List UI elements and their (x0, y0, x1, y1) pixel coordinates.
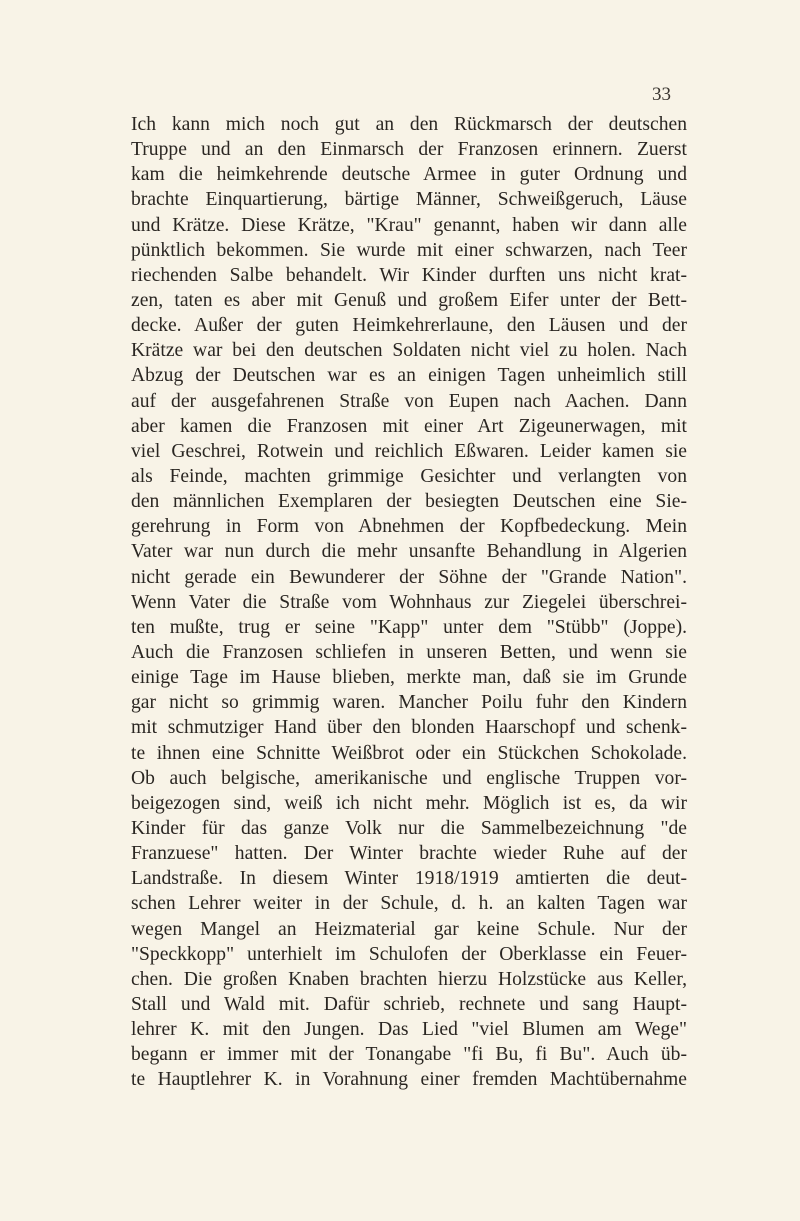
text-line: gerehrung in Form von Abnehmen der Kopfb… (131, 514, 687, 539)
text-line: Ob auch belgische, amerikanische und eng… (131, 766, 687, 791)
text-line: Franzuese" hatten. Der Winter brachte wi… (131, 841, 687, 866)
text-line: chen. Die großen Knaben brachten hierzu … (131, 967, 687, 992)
text-line: lehrer K. mit den Jungen. Das Lied "viel… (131, 1017, 687, 1042)
text-line: Krätze war bei den deutschen Soldaten ni… (131, 338, 687, 363)
text-line: aber kamen die Franzosen mit einer Art Z… (131, 414, 687, 439)
text-line: Wenn Vater die Straße vom Wohnhaus zur Z… (131, 590, 687, 615)
text-line: viel Geschrei, Rotwein und reichlich Eßw… (131, 439, 687, 464)
text-line: einige Tage im Hause blieben, merkte man… (131, 665, 687, 690)
text-line: Kinder für das ganze Volk nur die Sammel… (131, 816, 687, 841)
text-line: kam die heimkehrende deutsche Armee in g… (131, 162, 687, 187)
text-line: Stall und Wald mit. Dafür schrieb, rechn… (131, 992, 687, 1017)
text-line: mit schmutziger Hand über den blonden Ha… (131, 715, 687, 740)
text-line: wegen Mangel an Heizmaterial gar keine S… (131, 917, 687, 942)
text-line: begann er immer mit der Tonangabe "fi Bu… (131, 1042, 687, 1067)
body-text: Ich kann mich noch gut an den Rückmarsch… (131, 112, 687, 1092)
text-line: Auch die Franzosen schliefen in unseren … (131, 640, 687, 665)
text-line: ten mußte, trug er seine "Kapp" unter de… (131, 615, 687, 640)
text-line: zen, taten es aber mit Genuß und großem … (131, 288, 687, 313)
text-line: Ich kann mich noch gut an den Rückmarsch… (131, 112, 687, 137)
text-line: Landstraße. In diesem Winter 1918/1919 a… (131, 866, 687, 891)
text-line: "Speckkopp" unterhielt im Schulofen der … (131, 942, 687, 967)
text-line: den männlichen Exemplaren der besiegten … (131, 489, 687, 514)
text-line: auf der ausgefahrenen Straße von Eupen n… (131, 389, 687, 414)
text-line: Vater war nun durch die mehr unsanfte Be… (131, 539, 687, 564)
text-line: te Hauptlehrer K. in Vorahnung einer fre… (131, 1067, 687, 1092)
text-line: pünktlich bekommen. Sie wurde mit einer … (131, 238, 687, 263)
text-line: te ihnen eine Schnitte Weißbrot oder ein… (131, 741, 687, 766)
text-line: decke. Außer der guten Heimkehrerlaune, … (131, 313, 687, 338)
text-line: Truppe und an den Einmarsch der Franzose… (131, 137, 687, 162)
text-line: als Feinde, machten grimmige Gesichter u… (131, 464, 687, 489)
text-line: gar nicht so grimmig waren. Mancher Poil… (131, 690, 687, 715)
text-line: nicht gerade ein Bewunderer der Söhne de… (131, 565, 687, 590)
text-line: brachte Einquartierung, bärtige Männer, … (131, 187, 687, 212)
text-line: Abzug der Deutschen war es an einigen Ta… (131, 363, 687, 388)
text-line: riechenden Salbe behandelt. Wir Kinder d… (131, 263, 687, 288)
text-line: und Krätze. Diese Krätze, "Krau" genannt… (131, 213, 687, 238)
text-line: schen Lehrer weiter in der Schule, d. h.… (131, 891, 687, 916)
page-number: 33 (652, 84, 671, 106)
text-line: beigezogen sind, weiß ich nicht mehr. Mö… (131, 791, 687, 816)
